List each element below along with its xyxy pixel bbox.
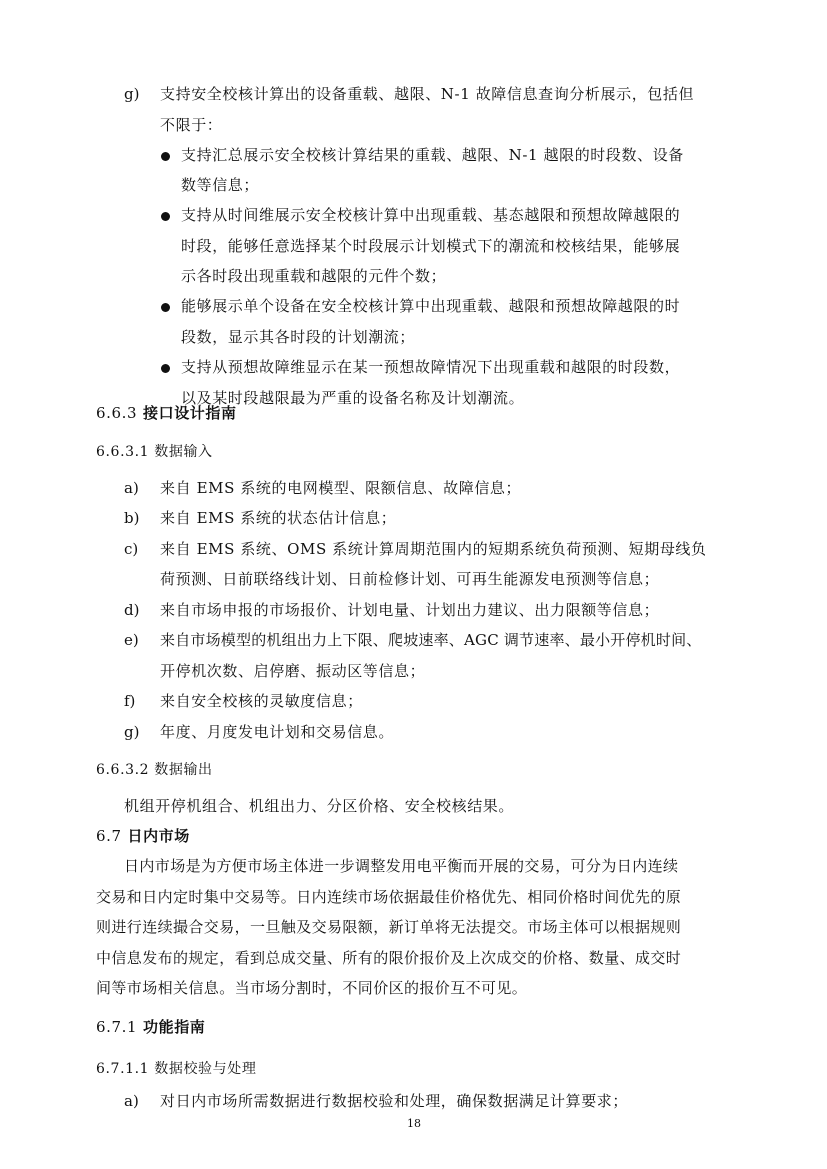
subsection-number: 6.6.3.2 (96, 762, 149, 778)
bullet-text: 段数，显示其各时段的计划潮流； (181, 327, 415, 347)
paragraph-text: 机组开停机组合、机组出力、分区价格、安全校核结果。 (124, 796, 514, 816)
subsection-heading: 6.6.3.2 数据输出 (96, 760, 213, 780)
list-item-text: 来自 EMS 系统的状态估计信息； (160, 508, 396, 528)
list-item-text: 来自安全校核的灵敏度信息； (160, 691, 363, 711)
list-item-text: 支持安全校核计算出的设备重载、越限、N-1 故障信息查询分析展示，包括但 (160, 84, 694, 104)
bullet-text: 支持汇总展示安全校核计算结果的重载、越限、N-1 越限的时段数、设备 (181, 145, 684, 165)
list-item-text: 不限于： (160, 115, 222, 135)
document-page: g) 支持安全校核计算出的设备重载、越限、N-1 故障信息查询分析展示，包括但 … (0, 0, 827, 1169)
paragraph-line: 中信息发布的规定，看到总成交量、所有的限价报价及上次成交的价格、数量、成交时 (96, 948, 681, 968)
list-label: e) (124, 630, 139, 650)
section-number: 6.7.1 (96, 1018, 137, 1036)
bullet-icon (161, 212, 170, 221)
subsection-heading: 6.6.3.1 数据输入 (96, 442, 213, 462)
list-item-text: 来自市场申报的市场报价、计划电量、计划出力建议、出力限额等信息； (160, 600, 659, 620)
subsection-heading: 6.7.1.1 数据校验与处理 (96, 1059, 256, 1079)
list-label: d) (124, 600, 139, 620)
paragraph-line: 日内市场是为方便市场主体进一步调整发用电平衡而开展的交易，可分为日内连续 (124, 856, 678, 876)
list-label: f) (124, 691, 135, 711)
list-label: b) (124, 508, 139, 528)
subsection-title: 数据输入 (154, 444, 212, 460)
page-number: 18 (407, 1117, 421, 1130)
list-label: g) (124, 84, 139, 104)
section-title: 日内市场 (127, 827, 189, 845)
subsection-title: 数据校验与处理 (154, 1061, 256, 1077)
subsection-number: 6.7.1.1 (96, 1061, 149, 1077)
bullet-text: 示各时段出现重载和越限的元件个数； (181, 266, 446, 286)
bullet-icon (161, 152, 170, 161)
list-label: g) (124, 722, 139, 742)
subsection-number: 6.6.3.1 (96, 444, 149, 460)
section-heading: 6.7.1 功能指南 (96, 1017, 205, 1037)
subsection-title: 数据输出 (154, 762, 212, 778)
list-label: a) (124, 478, 139, 498)
list-item-text: 来自 EMS 系统的电网模型、限额信息、故障信息； (160, 478, 521, 498)
paragraph-line: 交易和日内定时集中交易等。日内连续市场依据最佳价格优先、相同价格时间优先的原 (96, 887, 681, 907)
list-label: a) (124, 1091, 139, 1111)
section-heading: 6.7 日内市场 (96, 826, 190, 846)
list-item-text: 来自市场模型的机组出力上下限、爬坡速率、AGC 调节速率、最小开停机时间、 (160, 630, 701, 650)
paragraph-line: 间等市场相关信息。当市场分割时，不同价区的报价互不可见。 (96, 978, 527, 998)
bullet-text: 支持从预想故障维显示在某一预想故障情况下出现重载和越限的时段数， (181, 357, 680, 377)
section-heading: 6.6.3 接口设计指南 (96, 403, 237, 423)
paragraph-line: 则进行连续撮合交易，一旦触及交易限额，新订单将无法提交。市场主体可以根据规则 (96, 917, 681, 937)
bullet-text: 能够展示单个设备在安全校核计算中出现重载、越限和预想故障越限的时 (181, 296, 680, 316)
section-title: 接口设计指南 (143, 404, 237, 422)
bullet-text: 数等信息； (181, 175, 259, 195)
section-title: 功能指南 (143, 1018, 205, 1036)
section-number: 6.7 (96, 827, 122, 845)
bullet-text: 时段，能够任意选择某个时段展示计划模式下的潮流和校核结果，能够展 (181, 236, 680, 256)
list-item-text: 来自 EMS 系统、OMS 系统计算周期范围内的短期系统负荷预测、短期母线负 (160, 539, 707, 559)
bullet-icon (161, 303, 170, 312)
list-item-text: 对日内市场所需数据进行数据校验和处理，确保数据满足计算要求； (160, 1091, 628, 1111)
section-number: 6.6.3 (96, 404, 137, 422)
list-item-text: 年度、月度发电计划和交易信息。 (160, 722, 394, 742)
list-item-text: 开停机次数、启停磨、振动区等信息； (160, 661, 425, 681)
bullet-icon (161, 364, 170, 373)
list-item-text: 荷预测、日前联络线计划、日前检修计划、可再生能源发电预测等信息； (160, 569, 659, 589)
list-label: c) (124, 539, 138, 559)
bullet-text: 支持从时间维展示安全校核计算中出现重载、基态越限和预想故障越限的 (181, 205, 680, 225)
